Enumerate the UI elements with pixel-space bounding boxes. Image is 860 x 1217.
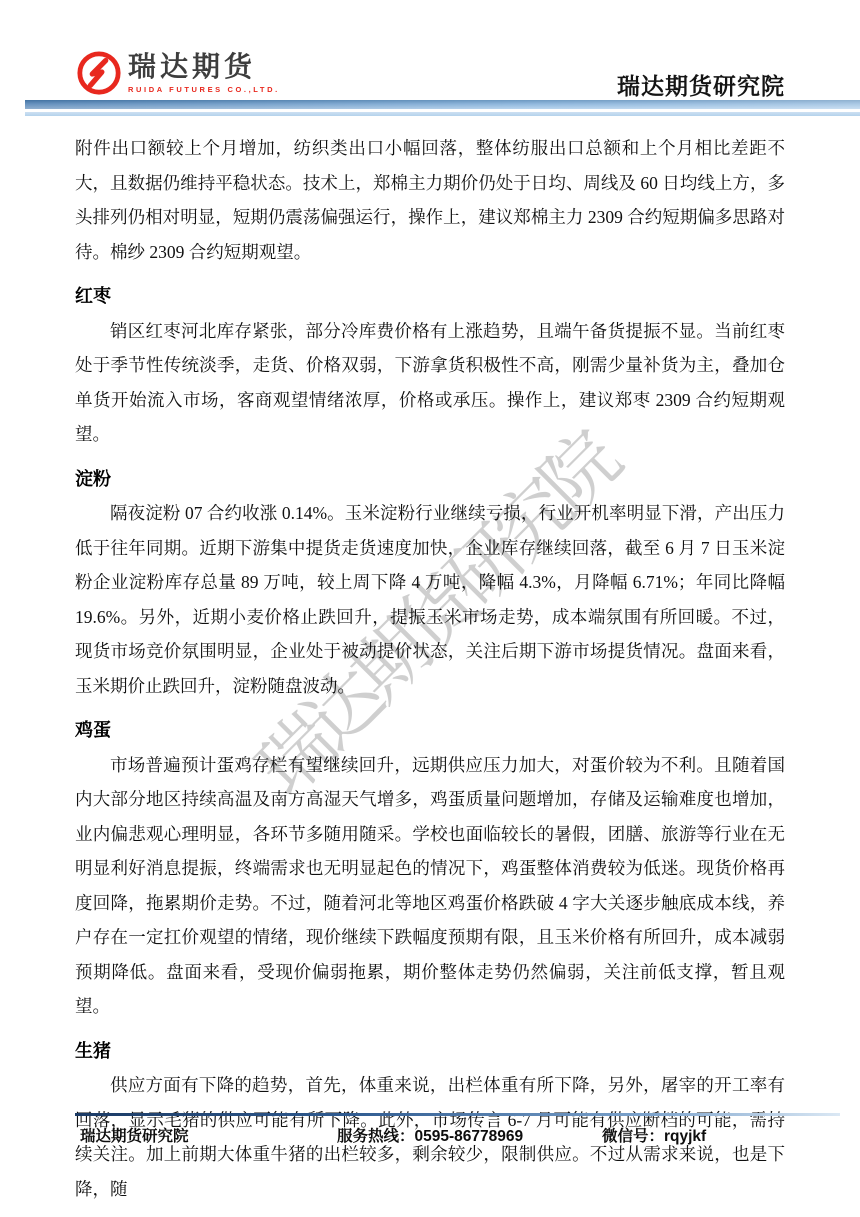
footer-divider-rule — [75, 1113, 840, 1116]
footer-wechat: 微信号：rqyjkf — [602, 1124, 706, 1146]
section-eggs: 鸡蛋 市场普遍预计蛋鸡存栏有望继续回升，远期供应压力加大，对蛋价较为不利。且随着… — [75, 713, 785, 1024]
brand-name-en: RUIDA FUTURES CO.,LTD. — [128, 85, 280, 94]
footer-institute: 瑞达期货研究院 — [80, 1124, 189, 1146]
brand-name-cn: 瑞达期货 — [128, 52, 280, 82]
footer-hotline: 服务热线：0595-86778969 — [337, 1124, 523, 1146]
section-paragraph: 销区红枣河北库存紧张，部分冷库费价格有上涨趋势，且端午备货提振不显。当前红枣处于… — [75, 314, 785, 452]
section-heading: 淀粉 — [75, 462, 785, 497]
section-paragraph: 市场普遍预计蛋鸡存栏有望继续回升，远期供应压力加大，对蛋价较为不利。且随着国内大… — [75, 748, 785, 1024]
section-heading: 鸡蛋 — [75, 713, 785, 748]
section-hogs: 生猪 供应方面有下降的趋势，首先，体重来说，出栏体重有所下降，另外，屠宰的开工率… — [75, 1034, 785, 1207]
page-title: 瑞达期货研究院 — [617, 68, 785, 101]
header-divider-bar — [25, 100, 860, 109]
logo-text-block: 瑞达期货 RUIDA FUTURES CO.,LTD. — [128, 52, 280, 94]
section-starch: 淀粉 隔夜淀粉 07 合约收涨 0.14%。玉米淀粉行业继续亏损，行业开机率明显… — [75, 462, 785, 704]
header-divider-bar-light — [25, 112, 860, 116]
section-red-dates: 红枣 销区红枣河北库存紧张，部分冷库费价格有上涨趋势，且端午备货提振不显。当前红… — [75, 279, 785, 452]
intro-paragraph: 附件出口额较上个月增加，纺织类出口小幅回落，整体纺服出口总额和上个月相比差距不大… — [75, 131, 785, 269]
report-page: 瑞达期货 RUIDA FUTURES CO.,LTD. 瑞达期货研究院 瑞达期货… — [0, 0, 860, 1217]
section-heading: 生猪 — [75, 1034, 785, 1069]
section-heading: 红枣 — [75, 279, 785, 314]
ruida-logo: 瑞达期货 RUIDA FUTURES CO.,LTD. — [76, 50, 280, 96]
report-body: 附件出口额较上个月增加，纺织类出口小幅回落，整体纺服出口总额和上个月相比差距不大… — [75, 131, 785, 1206]
ruida-logo-icon — [76, 50, 122, 96]
section-paragraph: 隔夜淀粉 07 合约收涨 0.14%。玉米淀粉行业继续亏损，行业开机率明显下滑，… — [75, 496, 785, 703]
